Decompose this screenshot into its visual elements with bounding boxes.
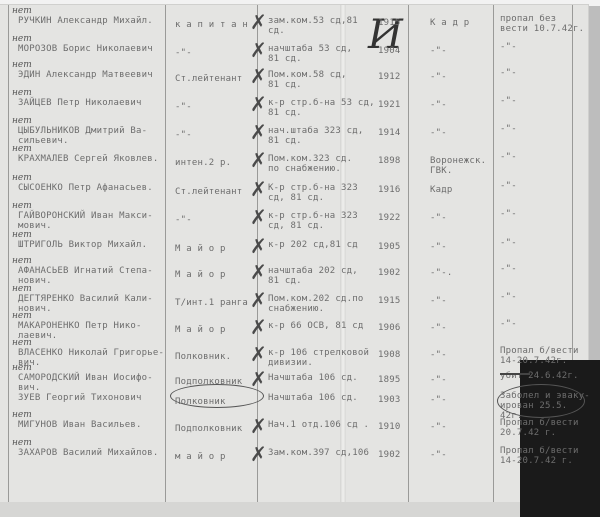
source-cell: -"-	[430, 128, 447, 138]
birth-year-cell: 1921	[378, 100, 400, 110]
person-name: РУЧКИН Александр Михайл.	[18, 16, 153, 26]
handwritten-note: нет	[12, 284, 32, 294]
birth-year-cell: 1903	[378, 395, 400, 405]
birth-year-cell: 1906	[378, 323, 400, 333]
fate-cell: Пропал б/вести 14-20.7.42 г.	[500, 446, 579, 466]
fate-cell: Пропал б/вести 20.7.42 г.	[500, 418, 579, 438]
person-name: АФАНАСЬЕВ Игнатий Степа- нович.	[18, 266, 153, 286]
handwritten-note: нет	[12, 256, 32, 266]
handwritten-note: нет	[12, 410, 32, 420]
rank-cell: Полковник.	[175, 352, 231, 362]
person-name: ЗУЕВ Георгий Тихонович	[18, 393, 142, 403]
source-cell: К а д р	[430, 18, 469, 28]
handwritten-note: нет	[12, 60, 32, 70]
check-mark-icon: ✗	[250, 317, 267, 337]
fate-cell: -"-	[500, 152, 517, 162]
handwritten-note: нет	[12, 6, 32, 16]
rank-cell: Ст.лейтенант	[175, 74, 242, 84]
person-name: ЦЫБУЛЬНИКОВ Дмитрий Ва- сильевич.	[18, 126, 147, 146]
source-cell: -"-	[430, 350, 447, 360]
position-cell: Пом.ком.202 сд.по снабжению.	[268, 294, 364, 314]
position-cell: к-р 66 ОСВ, 81 сд	[268, 321, 364, 331]
birth-year-cell: 1910	[378, 422, 400, 432]
birth-year-cell: 1914	[378, 128, 400, 138]
rank-cell: М а й о р	[175, 244, 226, 254]
source-cell: -"-	[430, 213, 447, 223]
fate-cell: -"-	[500, 319, 517, 329]
handwritten-note: нет	[12, 116, 32, 126]
position-cell: Нач.1 отд.106 сд .	[268, 420, 369, 430]
position-cell: Пом.ком.323 сд. по снабжению.	[268, 154, 352, 174]
handwritten-note: нет	[12, 88, 32, 98]
fate-cell: -"-	[500, 42, 517, 52]
check-mark-icon: ✗	[250, 150, 267, 170]
person-name: ЭДИН Александр Матвеевич	[18, 70, 153, 80]
position-cell: к-р стр.б-на 53 сд, 81 сд.	[268, 98, 375, 118]
check-mark-icon: ✗	[250, 207, 267, 227]
fate-cell: -"-	[500, 264, 517, 274]
check-mark-icon: ✗	[250, 66, 267, 86]
handwritten-note: нет	[12, 230, 32, 240]
fate-cell: -"-	[500, 96, 517, 106]
person-name: ШТРИГОЛЬ Виктор Михайл.	[18, 240, 147, 250]
rank-cell: М а й о р	[175, 325, 226, 335]
rank-cell: -"-	[175, 48, 192, 58]
source-cell: -"-.	[430, 268, 452, 278]
source-cell: -"-	[430, 46, 447, 56]
check-mark-icon: ✗	[250, 416, 267, 436]
handwritten-note: нет	[12, 363, 32, 373]
person-name: ЗАХАРОВ Василий Михайлов.	[18, 448, 158, 458]
position-cell: Зам.ком.397 сд,106	[268, 448, 369, 458]
rank-cell: Т/инт.1 ранга	[175, 298, 248, 308]
source-cell: -"-	[430, 100, 447, 110]
position-cell: Начштаба 106 сд.	[268, 373, 358, 383]
source-cell: -"-	[430, 375, 447, 385]
underline-mark	[500, 373, 530, 375]
birth-year-cell: 1902	[378, 268, 400, 278]
birth-year-cell: 1904	[378, 46, 400, 56]
birth-year-cell: 1915	[378, 296, 400, 306]
circled-fate	[497, 384, 585, 418]
birth-year-cell: 1898	[378, 156, 400, 166]
position-cell: к-р 202 сд,81 сд	[268, 240, 358, 250]
birth-year-cell: 1902	[378, 450, 400, 460]
handwritten-note: нет	[12, 311, 32, 321]
birth-year-cell: 1912	[378, 72, 400, 82]
rank-cell: -"-	[175, 102, 192, 112]
scan-bottom-edge	[0, 502, 520, 517]
table-row: нетЗАХАРОВ Василий Михайлов.м а й о рЗам…	[0, 440, 588, 476]
check-mark-icon: ✗	[250, 344, 267, 364]
rank-cell: -"-	[175, 130, 192, 140]
source-cell: -"-	[430, 242, 447, 252]
check-mark-icon: ✗	[250, 179, 267, 199]
fate-cell: Пропал б/вести 14-20.7.42г.	[500, 346, 579, 366]
fate-cell: -"-	[500, 124, 517, 134]
check-mark-icon: ✗	[250, 290, 267, 310]
position-cell: Начштаба 106 сд.	[268, 393, 358, 403]
position-cell: начштаба 53 сд, 81 сд.	[268, 44, 352, 64]
check-mark-icon: ✗	[250, 444, 267, 464]
rank-cell: Подполковник	[175, 424, 242, 434]
check-mark-icon: ✗	[250, 94, 267, 114]
rank-cell: -"-	[175, 215, 192, 225]
handwritten-note: нет	[12, 173, 32, 183]
birth-year-cell: 1922	[378, 213, 400, 223]
check-mark-icon: ✗	[250, 40, 267, 60]
rank-cell: Ст.лейтенант	[175, 187, 242, 197]
source-cell: Кадр	[430, 185, 452, 195]
check-mark-icon: ✗	[250, 12, 267, 32]
fate-cell: -"-	[500, 292, 517, 302]
person-name: ДЕГТЯРЕНКО Василий Кали- нович.	[18, 294, 153, 314]
person-name: МОРОЗОВ Борис Николаевич	[18, 44, 153, 54]
source-cell: -"-	[430, 296, 447, 306]
birth-year-cell: 1916	[378, 185, 400, 195]
source-cell: -"-	[430, 72, 447, 82]
position-cell: К-р стр.б-на 323 сд, 81 сд.	[268, 183, 358, 203]
rank-cell: интен.2 р.	[175, 158, 231, 168]
rank-cell: М а й о р	[175, 270, 226, 280]
position-cell: начштаба 202 сд, 81 сд.	[268, 266, 358, 286]
person-name: СЫСОЕНКО Петр Афанасьев.	[18, 183, 153, 193]
fate-cell: -"-	[500, 181, 517, 191]
check-mark-icon: ✗	[250, 236, 267, 256]
rank-cell: м а й о р	[175, 452, 226, 462]
circled-rank	[170, 384, 264, 408]
birth-year-cell: 1905	[378, 242, 400, 252]
person-name: ГАЙВОРОНСКИЙ Иван Макси- мович.	[18, 211, 153, 231]
source-cell: -"-	[430, 450, 447, 460]
position-cell: Пом.ком.58 сд, 81 сд.	[268, 70, 347, 90]
fate-cell: -"-	[500, 209, 517, 219]
rank-cell: к а п и т а н	[175, 20, 248, 30]
birth-year-cell: 1915	[378, 18, 400, 28]
birth-year-cell: 1908	[378, 350, 400, 360]
position-cell: к-р стр.б-на 323 сд, 81 сд.	[268, 211, 358, 231]
handwritten-note: нет	[12, 338, 32, 348]
position-cell: нач.штаба 323 сд, 81 сд.	[268, 126, 364, 146]
check-mark-icon: ✗	[250, 262, 267, 282]
source-cell: -"-	[430, 422, 447, 432]
source-cell: -"-	[430, 395, 447, 405]
handwritten-note: нет	[12, 144, 32, 154]
check-mark-icon: ✗	[250, 122, 267, 142]
fate-cell: пропал без вести 10.7.42г.	[500, 14, 584, 34]
handwritten-note: нет	[12, 201, 32, 211]
person-name: КРАХМАЛЕВ Сергей Яковлев.	[18, 154, 158, 164]
birth-year-cell: 1895	[378, 375, 400, 385]
handwritten-note: нет	[12, 34, 32, 44]
fate-cell: -"-	[500, 238, 517, 248]
person-name: ЗАЙЦЕВ Петр Николаевич	[18, 98, 142, 108]
person-name: МАКАРОНЕНКО Петр Нико- лаевич.	[18, 321, 142, 341]
position-cell: зам.ком.53 сд,81 сд.	[268, 16, 358, 36]
person-name: МИГУНОВ Иван Васильев.	[18, 420, 142, 430]
handwritten-note: нет	[12, 438, 32, 448]
source-cell: Воронежск. ГВК.	[430, 156, 486, 176]
source-cell: -"-	[430, 323, 447, 333]
fate-cell: -"-	[500, 68, 517, 78]
